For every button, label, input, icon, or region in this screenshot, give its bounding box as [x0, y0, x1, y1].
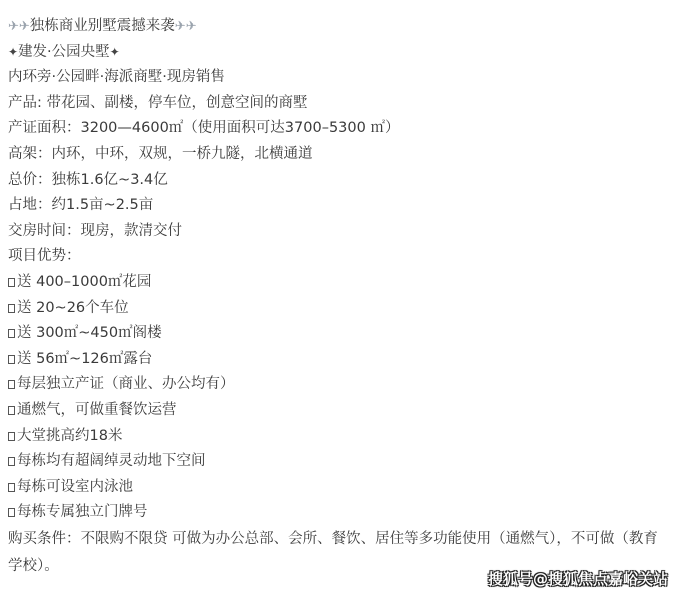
- transport-line: 高架：内环，中环，双规，一桥九隧，北横通道: [8, 142, 672, 168]
- source-watermark: 搜狐号@搜狐焦点嘉峪关站: [488, 568, 668, 589]
- delivery-line: 交房时间：现房，款清交付: [8, 219, 672, 245]
- advantage-item: 送 20~26个车位: [8, 296, 672, 322]
- sparkles-emoji-icon: ✦: [8, 40, 18, 66]
- bullet-box-icon: [8, 380, 15, 389]
- advantage-item: 每栋专属独立门牌号: [8, 500, 672, 526]
- bullet-box-icon: [8, 329, 15, 338]
- advantage-item: 通燃气，可做重餐饮运营: [8, 398, 672, 424]
- product-line: 产品: 带花园、副楼，停车位，创意空间的商墅: [8, 91, 672, 117]
- tagline: 内环旁·公园畔·海派商墅·现房销售: [8, 65, 672, 91]
- advantage-item: 送 300㎡~450㎡阁楼: [8, 321, 672, 347]
- advantage-item: 大堂挑高约18米: [8, 424, 672, 450]
- paper-plane-emoji-icon: ✈✈: [8, 14, 30, 40]
- advantage-item: 每层独立产证（商业、办公均有）: [8, 372, 672, 398]
- headline: ✈✈独栋商业别墅震撼来袭✈✈: [8, 14, 672, 40]
- bullet-box-icon: [8, 483, 15, 492]
- subheadline: ✦建发·公园央墅✦: [8, 40, 672, 66]
- advantages-heading: 项目优势：: [8, 244, 672, 270]
- bullet-box-icon: [8, 432, 15, 441]
- paper-plane-emoji-icon: ✈✈: [175, 14, 197, 40]
- bullet-box-icon: [8, 278, 15, 287]
- article-body: ✈✈独栋商业别墅震撼来袭✈✈ ✦建发·公园央墅✦ 内环旁·公园畔·海派商墅·现房…: [8, 14, 672, 580]
- advantage-item: 送 56㎡~126㎡露台: [8, 347, 672, 373]
- land-area-line: 占地：约1.5亩~2.5亩: [8, 193, 672, 219]
- bullet-box-icon: [8, 304, 15, 313]
- advantage-item: 每栋可设室内泳池: [8, 475, 672, 501]
- advantage-item: 送 400–1000㎡花园: [8, 270, 672, 296]
- advantage-item: 每栋均有超阔绰灵动地下空间: [8, 449, 672, 475]
- bullet-box-icon: [8, 355, 15, 364]
- bullet-box-icon: [8, 406, 15, 415]
- headline-text: 独栋商业别墅震撼来袭: [30, 18, 175, 34]
- sparkles-emoji-icon: ✦: [110, 40, 120, 66]
- area-line: 产证面积：3200—4600㎡（使用面积可达3700–5300 ㎡）: [8, 116, 672, 142]
- subheadline-text: 建发·公园央墅: [18, 44, 110, 60]
- price-line: 总价：独栋1.6亿~3.4亿: [8, 168, 672, 194]
- bullet-box-icon: [8, 457, 15, 466]
- bullet-box-icon: [8, 508, 15, 517]
